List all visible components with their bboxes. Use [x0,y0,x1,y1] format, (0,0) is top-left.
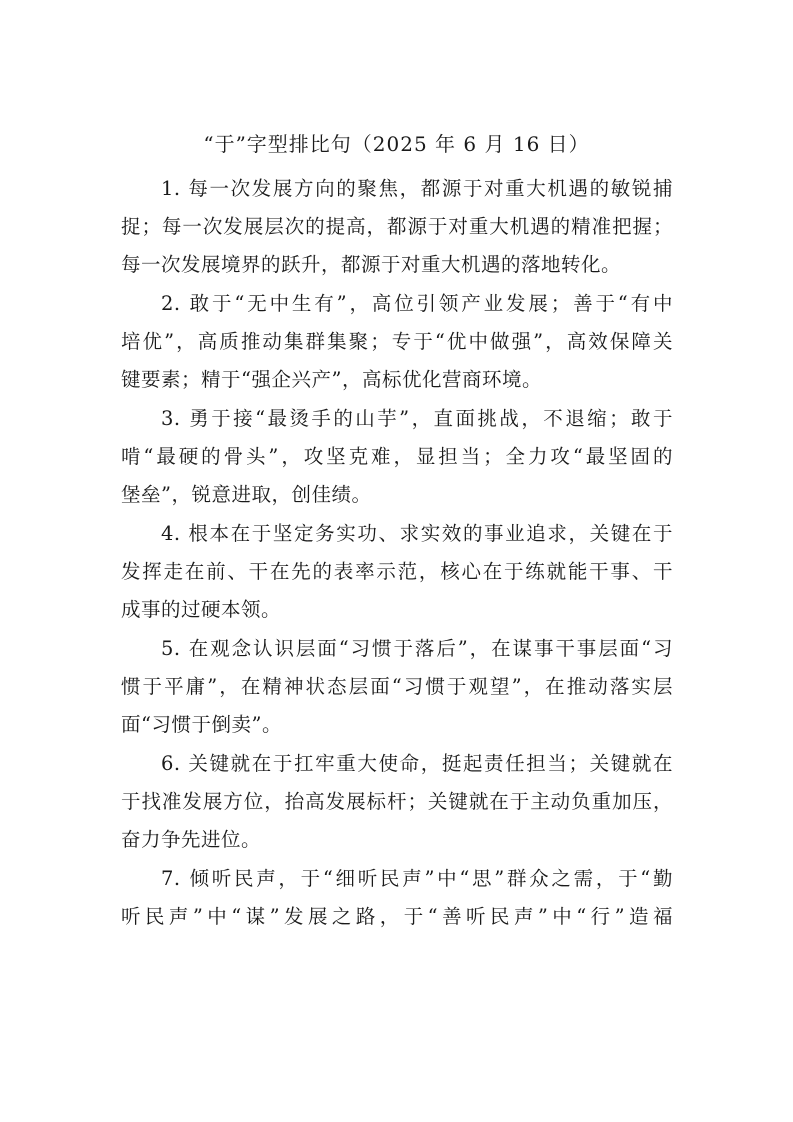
paragraph-7: 7. 倾听民声，于“细听民声”中“思”群众之需，于“勤 听民声”中“谋”发展之路… [121,860,673,936]
paragraph-line: 5. 在观念认识层面“习惯于落后”，在谋事干事层面“习 [121,630,673,668]
paragraph-line: 2. 敢于“无中生有”，高位引领产业发展；善于“有中 [121,285,673,323]
paragraph-line: 惯于平庸”，在精神状态层面“习惯于观望”，在推动落实层 [121,668,673,706]
paragraph-line: 培优”，高质推动集群集聚；专于“优中做强”，高效保障关 [121,323,673,361]
paragraph-line: 7. 倾听民声，于“细听民声”中“思”群众之需，于“勤 [121,860,673,898]
paragraph-2: 2. 敢于“无中生有”，高位引领产业发展；善于“有中 培优”，高质推动集群集聚；… [121,285,673,399]
paragraph-line: 每一次发展境界的跃升，都源于对重大机遇的落地转化。 [121,246,673,284]
paragraph-line: 6. 关键就在于扛牢重大使命，挺起责任担当；关键就在 [121,745,673,783]
document-page: “于”字型排比句（2025 年 6 月 16 日） 1. 每一次发展方向的聚焦，… [0,0,793,1122]
paragraph-line: 成事的过硬本领。 [121,591,673,629]
paragraph-line: 堡垒”，锐意进取，创佳绩。 [121,476,673,514]
paragraph-4: 4. 根本在于坚定务实功、求实效的事业追求，关键在于 发挥走在前、干在先的表率示… [121,515,673,629]
paragraph-line: 4. 根本在于坚定务实功、求实效的事业追求，关键在于 [121,515,673,553]
paragraph-line: 键要素；精于“强企兴产”，高标优化营商环境。 [121,361,673,399]
paragraph-line: 3. 勇于接“最烫手的山芋”，直面挑战，不退缩；敢于 [121,400,673,438]
paragraph-line: 1. 每一次发展方向的聚焦，都源于对重大机遇的敏锐捕 [121,170,673,208]
paragraph-line: 啃“最硬的骨头”，攻坚克难，显担当；全力攻“最坚固的 [121,438,673,476]
document-title: “于”字型排比句（2025 年 6 月 16 日） [0,130,793,158]
paragraph-5: 5. 在观念认识层面“习惯于落后”，在谋事干事层面“习 惯于平庸”，在精神状态层… [121,630,673,744]
document-body: 1. 每一次发展方向的聚焦，都源于对重大机遇的敏锐捕 捉；每一次发展层次的提高，… [121,170,673,937]
paragraph-line: 捉；每一次发展层次的提高，都源于对重大机遇的精准把握； [121,208,673,246]
paragraph-6: 6. 关键就在于扛牢重大使命，挺起责任担当；关键就在 于找准发展方位，抬高发展标… [121,745,673,859]
paragraph-line: 发挥走在前、干在先的表率示范，核心在于练就能干事、干 [121,553,673,591]
paragraph-line: 面“习惯于倒卖”。 [121,706,673,744]
paragraph-3: 3. 勇于接“最烫手的山芋”，直面挑战，不退缩；敢于 啃“最硬的骨头”，攻坚克难… [121,400,673,514]
paragraph-line: 奋力争先进位。 [121,821,673,859]
paragraph-line: 听民声”中“谋”发展之路，于“善听民声”中“行”造福 [121,898,673,936]
paragraph-line: 于找准发展方位，抬高发展标杆；关键就在于主动负重加压， [121,783,673,821]
paragraph-1: 1. 每一次发展方向的聚焦，都源于对重大机遇的敏锐捕 捉；每一次发展层次的提高，… [121,170,673,284]
